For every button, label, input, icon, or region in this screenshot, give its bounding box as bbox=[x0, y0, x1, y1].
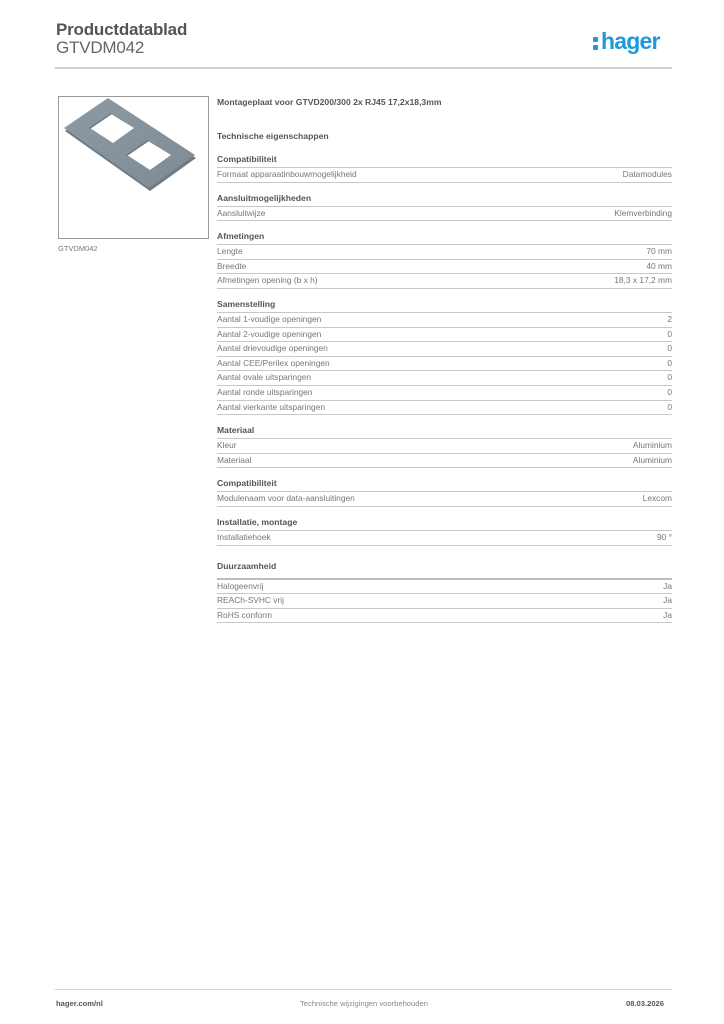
spec-row: REACh-SVHC vrijJa bbox=[217, 594, 672, 609]
spec-row: Installatiehoek90 ° bbox=[217, 531, 672, 546]
spec-value: 0 bbox=[667, 342, 672, 356]
spec-value: Aluminium bbox=[633, 454, 672, 468]
spec-row: Formaat apparaatinbouwmogelijkheidDatamo… bbox=[217, 168, 672, 183]
hager-logo: hager bbox=[593, 28, 660, 55]
spec-label: Aansluitwijze bbox=[217, 207, 265, 221]
spec-value: Aluminium bbox=[633, 439, 672, 453]
spec-label: Aantal ovale uitsparingen bbox=[217, 371, 311, 385]
product-code: GTVDM042 bbox=[56, 38, 144, 58]
spec-section: SamenstellingAantal 1-voudige openingen2… bbox=[217, 299, 672, 415]
spec-section: AansluitmogelijkhedenAansluitwijzeKlemve… bbox=[217, 193, 672, 222]
spec-value: 90 ° bbox=[657, 531, 672, 545]
spec-section: AfmetingenLengte70 mmBreedte40 mmAfmetin… bbox=[217, 231, 672, 289]
spec-value: Lexcom bbox=[643, 492, 672, 506]
logo-text: hager bbox=[601, 28, 660, 54]
spec-row: Aantal 2-voudige openingen0 bbox=[217, 328, 672, 343]
product-details: Montageplaat voor GTVD200/300 2x RJ45 17… bbox=[217, 96, 672, 623]
spec-row: Breedte40 mm bbox=[217, 260, 672, 275]
logo-colon-icon bbox=[593, 32, 599, 50]
section-heading: Compatibiliteit bbox=[217, 154, 672, 168]
spec-value: 70 mm bbox=[646, 245, 672, 259]
spec-label: Materiaal bbox=[217, 454, 251, 468]
spec-row: MateriaalAluminium bbox=[217, 454, 672, 469]
spec-label: Formaat apparaatinbouwmogelijkheid bbox=[217, 168, 357, 182]
spec-value: 0 bbox=[667, 328, 672, 342]
spec-section: DuurzaamheidHalogeenvrijJaREACh-SVHC vri… bbox=[217, 561, 672, 624]
image-caption: GTVDM042 bbox=[58, 244, 98, 253]
spec-value: Ja bbox=[663, 580, 672, 594]
spec-row: Aantal drievoudige openingen0 bbox=[217, 342, 672, 357]
spec-label: Modulenaam voor data-aansluitingen bbox=[217, 492, 355, 506]
spec-label: Installatiehoek bbox=[217, 531, 271, 545]
spec-label: Aantal drievoudige openingen bbox=[217, 342, 328, 356]
spec-row: Modulenaam voor data-aansluitingenLexcom bbox=[217, 492, 672, 507]
footer-website-link[interactable]: hager.com/nl bbox=[56, 999, 103, 1008]
spec-value: Ja bbox=[663, 594, 672, 608]
footer-date: 08.03.2026 bbox=[626, 999, 664, 1008]
section-heading: Compatibiliteit bbox=[217, 478, 672, 492]
spec-value: Klemverbinding bbox=[614, 207, 672, 221]
mounting-plate-icon bbox=[59, 97, 208, 238]
spec-row: Aantal ronde uitsparingen0 bbox=[217, 386, 672, 401]
spec-section: CompatibiliteitFormaat apparaatinbouwmog… bbox=[217, 154, 672, 183]
technical-properties-title: Technische eigenschappen bbox=[217, 130, 672, 142]
spec-row: Aantal CEE/Perilex openingen0 bbox=[217, 357, 672, 372]
spec-label: Breedte bbox=[217, 260, 246, 274]
spec-row: KleurAluminium bbox=[217, 439, 672, 454]
spec-label: RoHS conform bbox=[217, 609, 272, 623]
spec-label: Lengte bbox=[217, 245, 243, 259]
spec-section: Installatie, montageInstallatiehoek90 ° bbox=[217, 517, 672, 546]
spec-section: MateriaalKleurAluminiumMateriaalAluminiu… bbox=[217, 425, 672, 468]
spec-row: RoHS conformJa bbox=[217, 609, 672, 624]
footer-disclaimer: Technische wijzigingen voorbehouden bbox=[300, 999, 428, 1008]
product-description: Montageplaat voor GTVD200/300 2x RJ45 17… bbox=[217, 96, 672, 108]
product-image bbox=[58, 96, 209, 239]
spec-label: Aantal vierkante uitsparingen bbox=[217, 401, 325, 415]
spec-label: Aantal CEE/Perilex openingen bbox=[217, 357, 330, 371]
spec-sections: CompatibiliteitFormaat apparaatinbouwmog… bbox=[217, 154, 672, 623]
header-divider bbox=[55, 67, 672, 69]
spec-value: 18,3 x 17,2 mm bbox=[614, 274, 672, 288]
spec-label: Kleur bbox=[217, 439, 237, 453]
spec-section: CompatibiliteitModulenaam voor data-aans… bbox=[217, 478, 672, 507]
section-heading: Duurzaamheid bbox=[217, 561, 672, 580]
spec-label: Aantal 2-voudige openingen bbox=[217, 328, 321, 342]
spec-row: HalogeenvrijJa bbox=[217, 580, 672, 595]
spec-value: 0 bbox=[667, 371, 672, 385]
spec-row: AansluitwijzeKlemverbinding bbox=[217, 207, 672, 222]
section-heading: Afmetingen bbox=[217, 231, 672, 245]
spec-row: Afmetingen opening (b x h)18,3 x 17,2 mm bbox=[217, 274, 672, 289]
spec-value: 0 bbox=[667, 386, 672, 400]
spec-value: 0 bbox=[667, 401, 672, 415]
document-title: Productdatablad bbox=[56, 20, 187, 40]
spec-row: Aantal vierkante uitsparingen0 bbox=[217, 401, 672, 416]
spec-value: Datamodules bbox=[623, 168, 672, 182]
spec-value: 40 mm bbox=[646, 260, 672, 274]
section-heading: Samenstelling bbox=[217, 299, 672, 313]
section-heading: Aansluitmogelijkheden bbox=[217, 193, 672, 207]
spec-value: 0 bbox=[667, 357, 672, 371]
section-heading: Materiaal bbox=[217, 425, 672, 439]
spec-value: Ja bbox=[663, 609, 672, 623]
spec-row: Aantal 1-voudige openingen2 bbox=[217, 313, 672, 328]
spec-label: REACh-SVHC vrij bbox=[217, 594, 284, 608]
spec-label: Afmetingen opening (b x h) bbox=[217, 274, 318, 288]
section-heading: Installatie, montage bbox=[217, 517, 672, 531]
spec-value: 2 bbox=[667, 313, 672, 327]
footer-divider bbox=[55, 989, 672, 990]
spec-label: Aantal 1-voudige openingen bbox=[217, 313, 321, 327]
spec-label: Halogeenvrij bbox=[217, 580, 264, 594]
spec-row: Lengte70 mm bbox=[217, 245, 672, 260]
spec-label: Aantal ronde uitsparingen bbox=[217, 386, 312, 400]
spec-row: Aantal ovale uitsparingen0 bbox=[217, 371, 672, 386]
